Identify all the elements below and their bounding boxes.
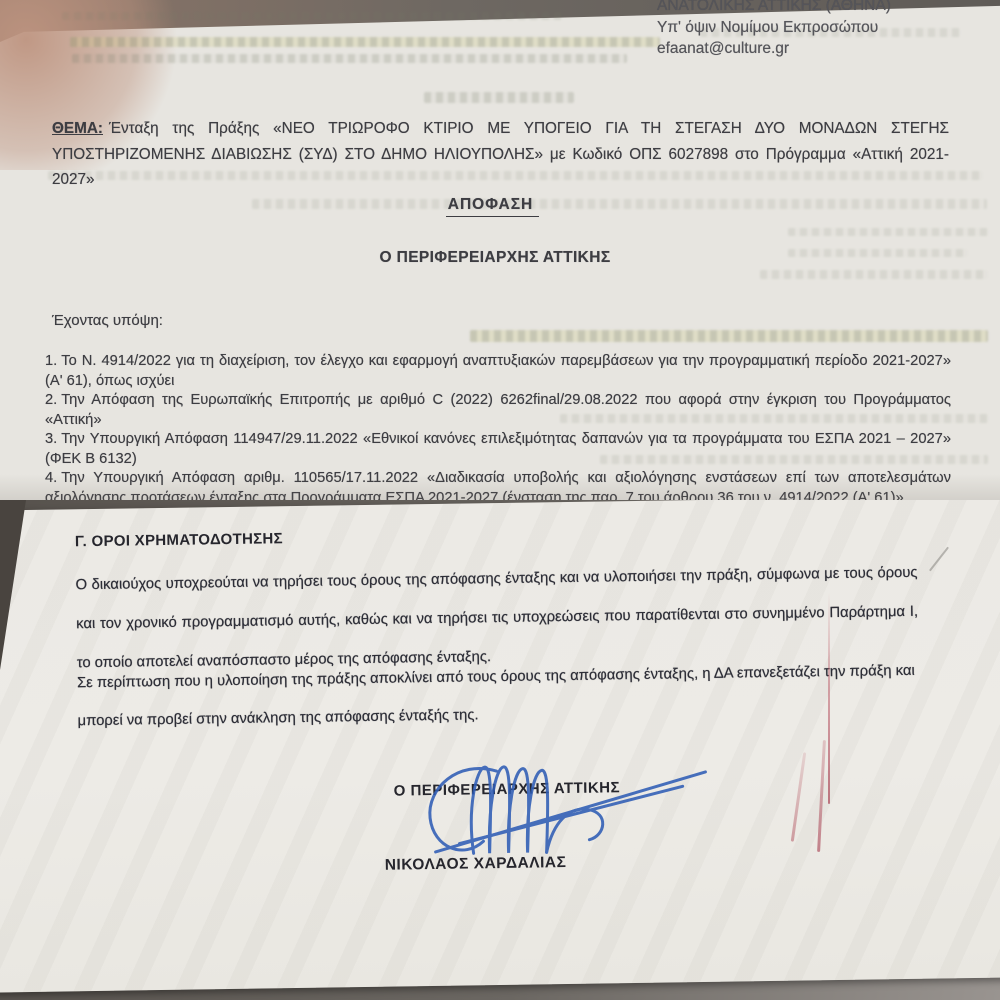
signatory-name: ΝΙΚΟΛΑΟΣ ΧΑΡΔΑΛΙΑΣ [385,854,567,875]
authority-heading: Ο ΠΕΡΙΦΕΡΕΙΑΡΧΗΣ ΑΤΤΙΚΗΣ [0,249,990,267]
preamble: Έχοντας υπόψη: [52,312,163,329]
signature-scribble [400,747,742,870]
bleedthrough-line [62,12,562,20]
bleedthrough-line [70,37,660,47]
legal-item-1: 1.Το Ν. 4914/2022 για τη διαχείριση, τον… [45,352,951,391]
bleedthrough-line [424,92,574,103]
bleedthrough-line [470,330,988,342]
decision-heading: ΑΠΟΦΑΣΗ [0,196,985,217]
scan-seam [0,474,1000,500]
red-ink-streak [828,592,830,804]
bleedthrough-line [788,228,988,236]
subject-line: ΘΕΜΑ:Ένταξη της Πράξης «ΝΕΟ ΤΡΙΩΡΟΦΟ ΚΤΙ… [52,116,949,193]
bleedthrough-line [760,270,988,279]
scan-bottom-section: ό Γ. ΟΡΟΙ ΧΡΗΜΑΤΟΔΟΤΗΣΗΣ Ο δικαιούχος υπ… [0,500,1000,1000]
funding-paragraph-2: Σε περίπτωση που η υλοποίηση της πράξης … [77,652,920,740]
legal-item-2: 2.Την Απόφαση της Ευρωπαϊκής Επιτροπής μ… [45,391,951,430]
recipient-email: efaanat@culture.gr [657,38,891,60]
subject-text: Ένταξη της Πράξης «ΝΕΟ ΤΡΙΩΡΟΦΟ ΚΤΙΡΙΟ Μ… [52,120,949,188]
section-g-heading: Γ. ΟΡΟΙ ΧΡΗΜΑΤΟΔΟΤΗΣΗΣ [75,530,283,550]
bleedthrough-line [72,54,627,63]
scanned-document-page: ΑΝΑΤΟΛΙΚΗΣ ΑΤΤΙΚΗΣ (ΑΘΗΝΑ) Υπ' όψιν Νομί… [0,0,1000,1000]
paper-bottom: ό Γ. ΟΡΟΙ ΧΡΗΜΑΤΟΔΟΤΗΣΗΣ Ο δικαιούχος υπ… [0,500,1000,993]
legal-item-3: 3.Την Υπουργική Απόφαση 114947/29.11.202… [45,430,951,469]
subject-label: ΘΕΜΑ: [52,120,103,137]
recipient-line-attn: Υπ' όψιν Νομίμου Εκπροσώπου [657,17,891,39]
recipient-line-authority: ΑΝΑΤΟΛΙΚΗΣ ΑΤΤΙΚΗΣ (ΑΘΗΝΑ) [657,0,891,17]
recipient-block: ΑΝΑΤΟΛΙΚΗΣ ΑΤΤΙΚΗΣ (ΑΘΗΝΑ) Υπ' όψιν Νομί… [657,0,891,60]
scan-top-section: ΑΝΑΤΟΛΙΚΗΣ ΑΤΤΙΚΗΣ (ΑΘΗΝΑ) Υπ' όψιν Νομί… [0,0,1000,500]
